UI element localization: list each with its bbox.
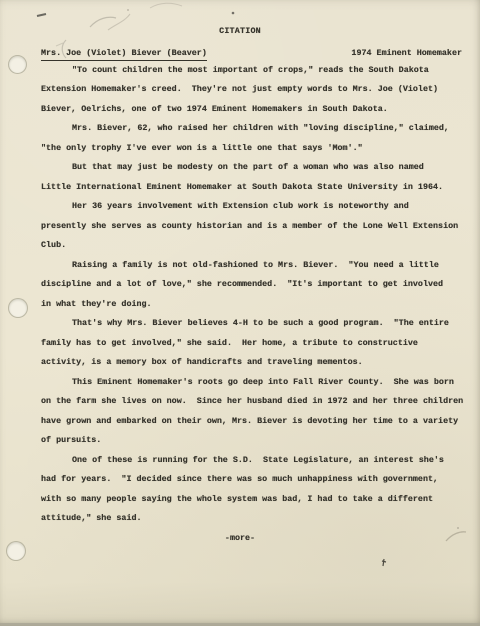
hole-punch-middle-icon <box>9 299 27 317</box>
text-line: with so many people saying the whole sys… <box>0 490 480 510</box>
text-line: presently she serves as county historian… <box>0 217 480 237</box>
text-line: Biever, Oelrichs, one of two 1974 Eminen… <box>0 100 480 120</box>
text-line: "the only trophy I've ever won is a litt… <box>0 139 480 159</box>
text-line: Raising a family is not old-fashioned to… <box>0 256 480 276</box>
text-line: on the farm she lives on now. Since her … <box>0 392 480 412</box>
text-line: This Eminent Homemaker's roots go deep i… <box>0 373 480 393</box>
text-line: Little International Eminent Homemaker a… <box>0 178 480 198</box>
text-line: in what they're doing. <box>0 295 480 315</box>
text-line: discipline and a lot of love," she recom… <box>0 275 480 295</box>
text-line: Mrs. Biever, 62, who raised her children… <box>0 119 480 139</box>
document-page: CITATION Mrs. Joe (Violet) Biever (Beave… <box>0 0 480 626</box>
text-line: of pursuits. <box>0 431 480 451</box>
recipient-name: Mrs. Joe (Violet) Biever (Beaver) <box>41 48 207 61</box>
award-title: 1974 Eminent Homemaker <box>351 48 462 58</box>
document-title: CITATION <box>0 0 480 36</box>
document-body: "To count children the most important of… <box>0 61 480 529</box>
name-line: Mrs. Joe (Violet) Biever (Beaver) 1974 E… <box>0 36 480 61</box>
text-line: Club. <box>0 236 480 256</box>
page-continuation-mark: -more- <box>0 529 480 549</box>
text-line: family has to get involved," she said. H… <box>0 334 480 354</box>
text-line: attitude," she said. <box>0 509 480 529</box>
text-line: "To count children the most important of… <box>0 61 480 81</box>
hole-punch-bottom-icon <box>7 542 25 560</box>
text-line: One of these is running for the S.D. Sta… <box>0 451 480 471</box>
hole-punch-top-icon <box>9 56 26 73</box>
text-line: That's why Mrs. Biever believes 4-H to b… <box>0 314 480 334</box>
text-line: Her 36 years involvement with Extension … <box>0 197 480 217</box>
text-line: But that may just be modesty on the part… <box>0 158 480 178</box>
text-line: activity, is a memory box of handicrafts… <box>0 353 480 373</box>
text-line: had for years. "I decided since there wa… <box>0 470 480 490</box>
text-line: Extension Homemaker's creed. They're not… <box>0 80 480 100</box>
text-line: have grown and embarked on their own, Mr… <box>0 412 480 432</box>
